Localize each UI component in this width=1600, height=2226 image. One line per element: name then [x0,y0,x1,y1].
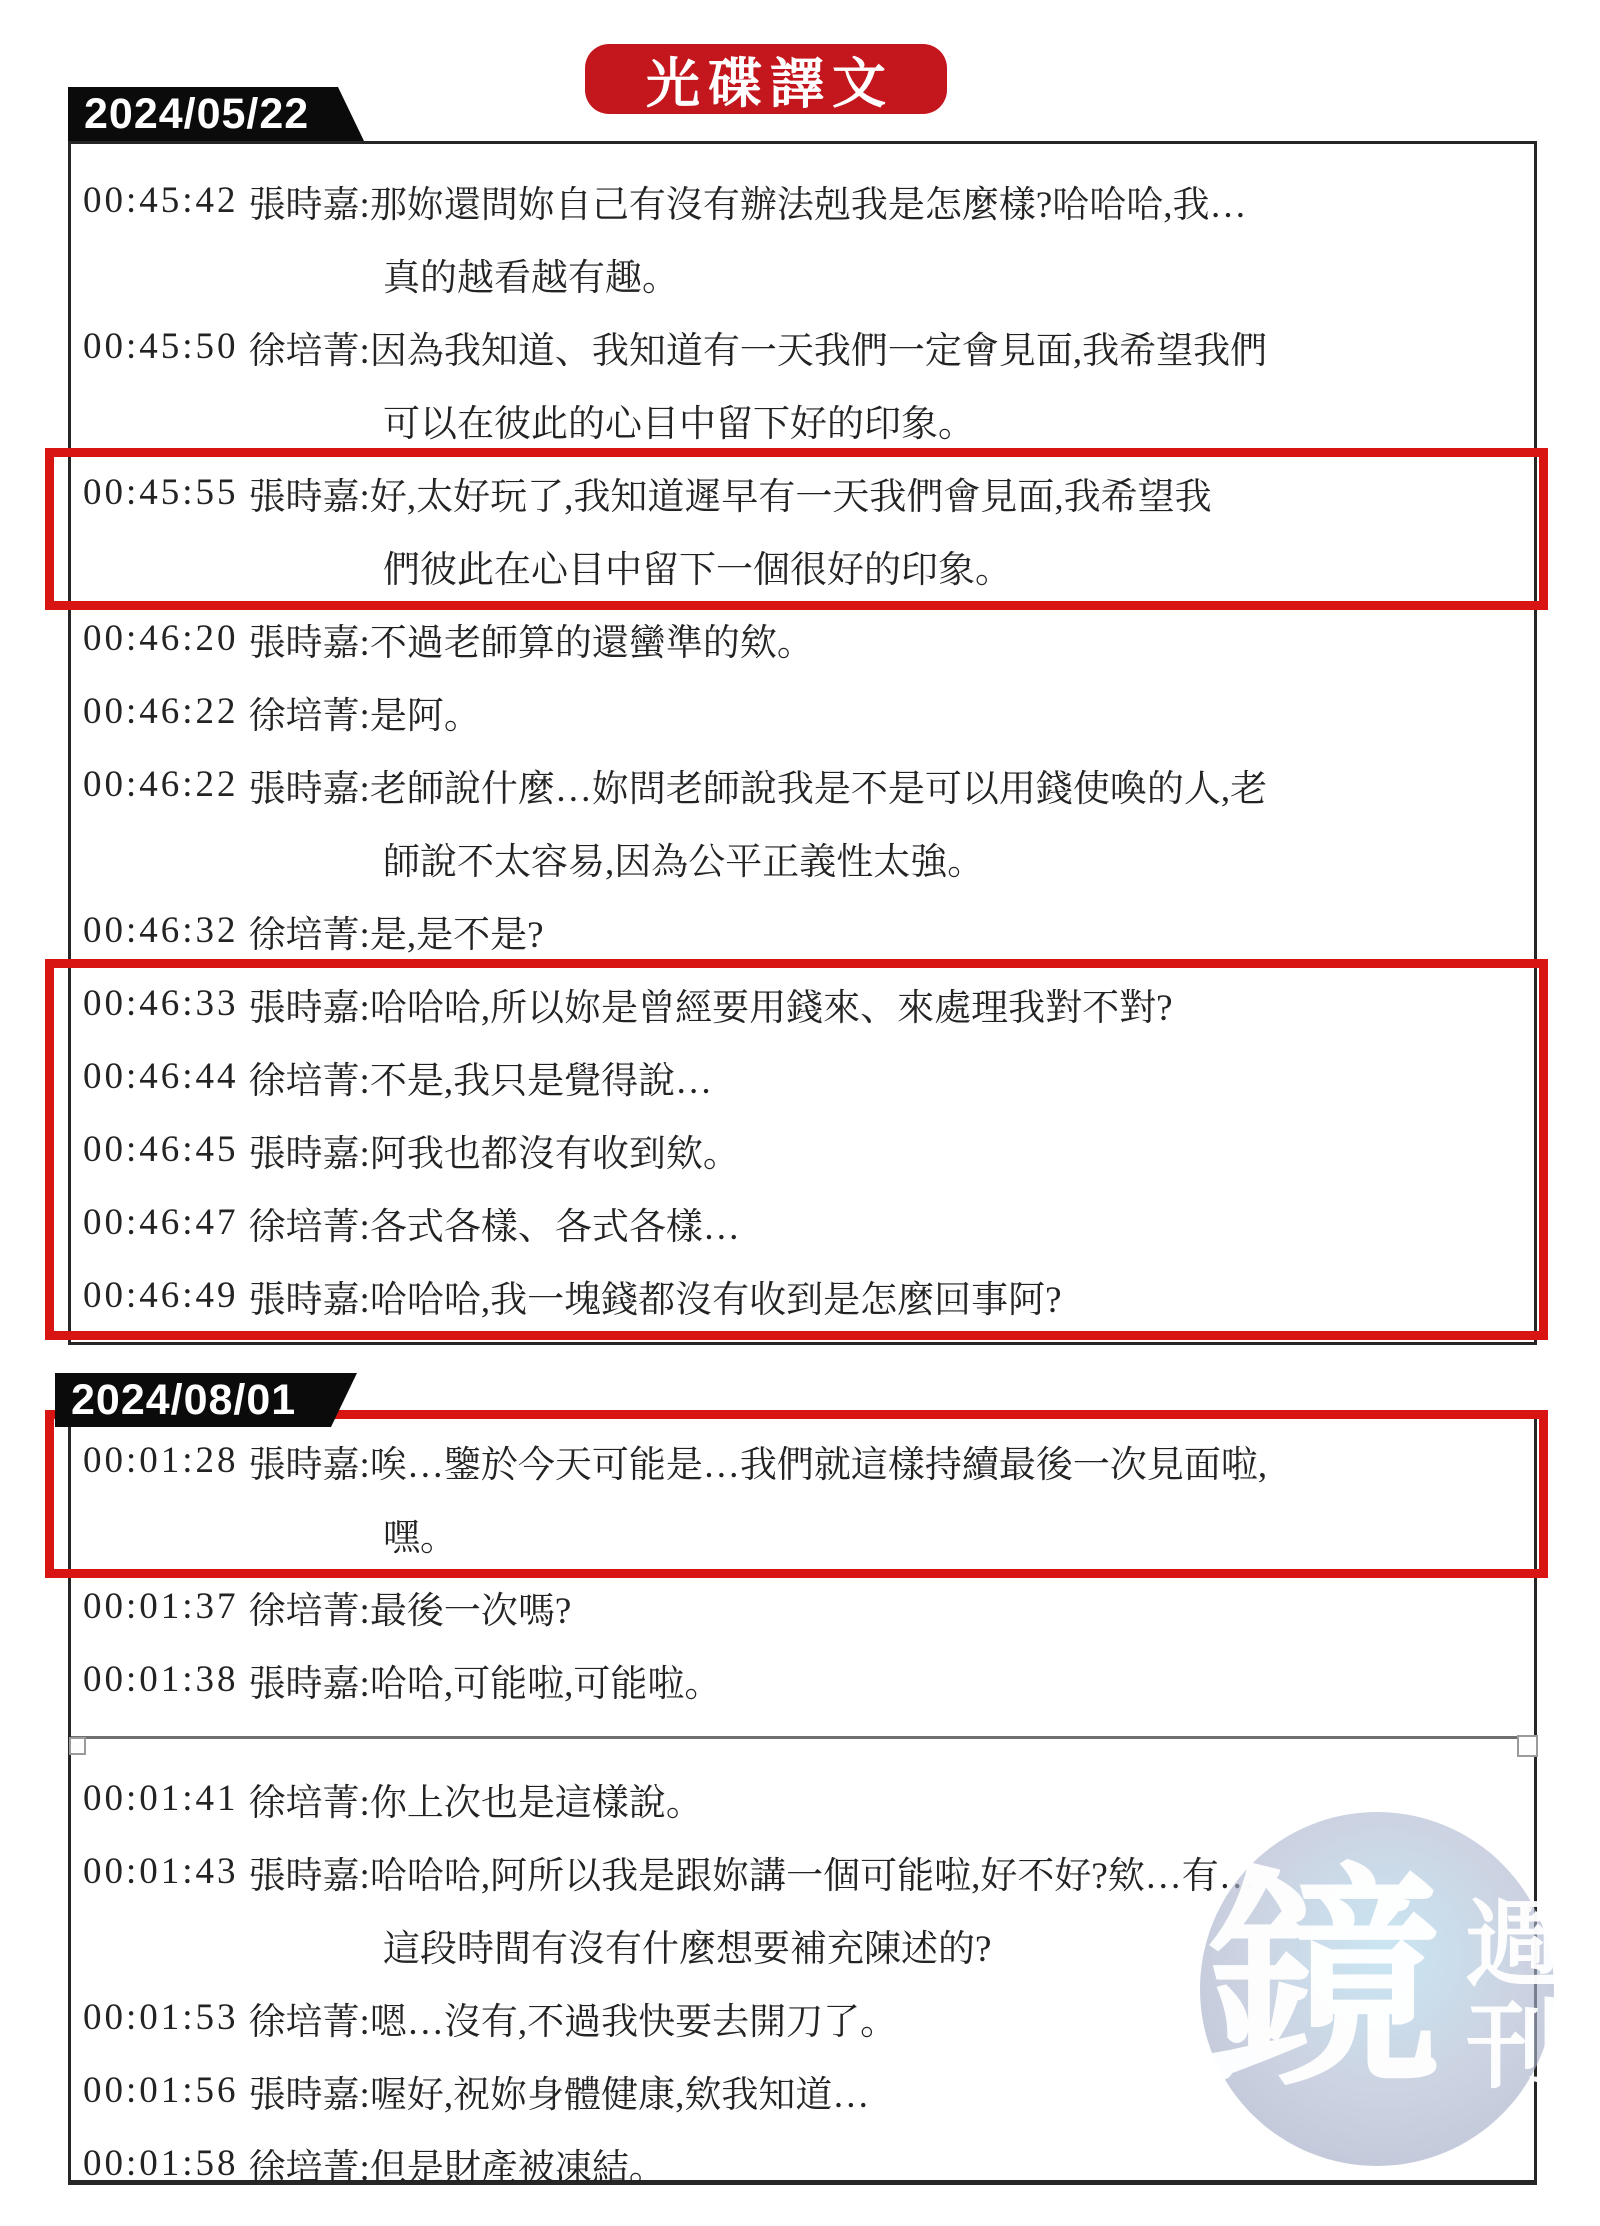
utterance-text: 各式各樣、各式各樣… [370,1196,740,1250]
utterance-text: 是阿。 [370,685,481,739]
transcript-line: 00:01:41徐培菁:你上次也是這樣說。 [83,1762,1534,1835]
timestamp: 00:46:33 [83,982,239,1025]
title-badge-label: 光碟譯文 [638,41,894,118]
speaker-name: 張時嘉: [249,758,370,812]
timestamp: 00:01:53 [83,1996,239,2039]
timestamp: 00:46:47 [83,1201,239,1244]
date-label: 2024/08/01 [71,1376,296,1425]
highlighted-block: 00:46:33張時嘉:哈哈哈,所以妳是曾經要用錢來、來處理我對不對?00:46… [83,967,1534,1332]
transcript-line: 00:46:22張時嘉:老師說什麼…妳問老師說我是不是可以用錢使喚的人,老 [83,748,1534,821]
transcript-line: 00:01:37徐培菁:最後一次嗎? [83,1570,1534,1643]
transcript-line: 00:46:44徐培菁:不是,我只是覺得說… [83,1040,1534,1113]
transcript-line: 00:46:32徐培菁:是,是不是? [83,894,1534,967]
utterance-text: 那妳還問妳自己有沒有辦法剋我是怎麼樣?哈哈哈,我… [370,174,1247,228]
transcript-line: 00:45:50徐培菁:因為我知道、我知道有一天我們一定會見面,我希望我們 [83,310,1534,383]
transcript-line: 00:01:58徐培菁:但是財產被凍結。 [83,2127,1534,2200]
timestamp: 00:46:32 [83,909,239,952]
utterance-text: 可以在彼此的心目中留下好的印象。 [383,393,975,447]
transcript-line: 00:01:43張時嘉:哈哈哈,阿所以我是跟妳講一個可能啦,好不好?欸…有… [83,1835,1534,1908]
speaker-name: 張時嘉: [249,2064,370,2118]
speaker-name: 張時嘉: [249,1269,370,1323]
utterance-text: 不過老師算的還蠻準的欸。 [370,612,814,666]
utterance-text: 唉…鑒於今天可能是…我們就這樣持續最後一次見面啦, [370,1434,1267,1488]
timestamp: 00:46:20 [83,617,239,660]
speaker-name: 徐培菁: [249,685,370,739]
timestamp: 00:01:41 [83,1777,239,1820]
utterance-text: 哈哈,可能啦,可能啦。 [370,1653,722,1707]
transcript-table: 00:45:42張時嘉:那妳還問妳自己有沒有辦法剋我是怎麼樣?哈哈哈,我…真的越… [68,141,1537,1345]
transcript-line: 00:46:45張時嘉:阿我也都沒有收到欸。 [83,1113,1534,1186]
timestamp: 00:01:56 [83,2069,239,2112]
timestamp: 00:01:58 [83,2142,239,2185]
timestamp: 00:01:43 [83,1850,239,1893]
entry-block: 00:01:37徐培菁:最後一次嗎?00:01:38張時嘉:哈哈,可能啦,可能啦… [83,1570,1534,1716]
speaker-name: 張時嘉: [249,174,370,228]
transcript-line-continuation: 師說不太容易,因為公平正義性太強。 [83,821,1534,894]
speaker-name: 張時嘉: [249,1434,370,1488]
transcript-line: 00:01:28張時嘉:唉…鑒於今天可能是…我們就這樣持續最後一次見面啦, [83,1424,1534,1497]
timestamp: 00:01:28 [83,1439,239,1482]
transcript-line-continuation: 嘿。 [83,1497,1534,1570]
speaker-name: 張時嘉: [249,1653,370,1707]
speaker-name: 徐培菁: [249,2137,370,2191]
transcript-line: 00:46:47徐培菁:各式各樣、各式各樣… [83,1186,1534,1259]
timestamp: 00:01:38 [83,1658,239,1701]
entry-block: 00:46:20張時嘉:不過老師算的還蠻準的欸。00:46:22徐培菁:是阿。0… [83,602,1534,967]
timestamp: 00:46:44 [83,1055,239,1098]
transcript-line: 00:01:56張時嘉:喔好,祝妳身體健康,欸我知道… [83,2054,1534,2127]
speaker-name: 張時嘉: [249,466,370,520]
utterance-text: 是,是不是? [370,904,544,958]
date-badge: 2024/05/22 [68,87,364,141]
transcript-line: 00:01:38張時嘉:哈哈,可能啦,可能啦。 [83,1643,1534,1716]
utterance-text: 哈哈哈,阿所以我是跟妳講一個可能啦,好不好?欸…有… [370,1845,1256,1899]
timestamp: 00:46:22 [83,763,239,806]
page-break-divider [71,1716,1534,1762]
utterance-text: 老師說什麼…妳問老師說我是不是可以用錢使喚的人,老 [370,758,1267,812]
utterance-text: 嗯…沒有,不過我快要去開刀了。 [370,1991,897,2045]
entry-block: 00:01:41徐培菁:你上次也是這樣說。00:01:43張時嘉:哈哈哈,阿所以… [83,1762,1534,2200]
transcript-line: 00:45:42張時嘉:那妳還問妳自己有沒有辦法剋我是怎麼樣?哈哈哈,我… [83,164,1534,237]
speaker-name: 徐培菁: [249,1772,370,1826]
scanned-transcript-page: 光碟譯文 2024/05/22 00:45:42張時嘉:那妳還問妳自己有沒有辦法… [0,0,1600,2226]
speaker-name: 張時嘉: [249,612,370,666]
timestamp: 00:46:49 [83,1274,239,1317]
timestamp: 00:01:37 [83,1585,239,1628]
speaker-name: 徐培菁: [249,1196,370,1250]
utterance-text: 們彼此在心目中留下一個很好的印象。 [383,539,1012,593]
entry-block: 00:45:42張時嘉:那妳還問妳自己有沒有辦法剋我是怎麼樣?哈哈哈,我…真的越… [83,164,1534,456]
transcript-line: 00:46:22徐培菁:是阿。 [83,675,1534,748]
utterance-text: 不是,我只是覺得說… [370,1050,712,1104]
highlighted-block: 00:45:55張時嘉:好,太好玩了,我知道遲早有一天我們會見面,我希望我們彼此… [83,456,1534,602]
timestamp: 00:46:45 [83,1128,239,1171]
timestamp: 00:46:22 [83,690,239,733]
utterance-text: 哈哈哈,所以妳是曾經要用錢來、來處理我對不對? [370,977,1173,1031]
date-label: 2024/05/22 [84,90,309,139]
utterance-text: 師說不太容易,因為公平正義性太強。 [383,831,984,885]
transcript-line-continuation: 可以在彼此的心目中留下好的印象。 [83,383,1534,456]
speaker-name: 徐培菁: [249,1050,370,1104]
transcript-line: 00:46:33張時嘉:哈哈哈,所以妳是曾經要用錢來、來處理我對不對? [83,967,1534,1040]
speaker-name: 徐培菁: [249,1580,370,1634]
transcript-line: 00:45:55張時嘉:好,太好玩了,我知道遲早有一天我們會見面,我希望我 [83,456,1534,529]
speaker-name: 徐培菁: [249,904,370,958]
date-badge: 2024/08/01 [55,1373,357,1427]
transcript-line-continuation: 真的越看越有趣。 [83,237,1534,310]
transcript-table: 00:01:28張時嘉:唉…鑒於今天可能是…我們就這樣持續最後一次見面啦,嘿。0… [68,1413,1537,2185]
utterance-text: 真的越看越有趣。 [383,247,679,301]
transcript-line-continuation: 們彼此在心目中留下一個很好的印象。 [83,529,1534,602]
utterance-text: 好,太好玩了,我知道遲早有一天我們會見面,我希望我 [370,466,1212,520]
transcript-line: 00:46:49張時嘉:哈哈哈,我一塊錢都沒有收到是怎麼回事阿? [83,1259,1534,1332]
utterance-text: 嘿。 [383,1507,457,1561]
transcript-line: 00:46:20張時嘉:不過老師算的還蠻準的欸。 [83,602,1534,675]
utterance-text: 阿我也都沒有收到欸。 [370,1123,740,1177]
speaker-name: 張時嘉: [249,977,370,1031]
transcript-line-continuation: 這段時間有沒有什麼想要補充陳述的? [83,1908,1534,1981]
utterance-text: 最後一次嗎? [370,1580,571,1634]
utterance-text: 喔好,祝妳身體健康,欸我知道… [370,2064,870,2118]
highlighted-block: 00:01:28張時嘉:唉…鑒於今天可能是…我們就這樣持續最後一次見面啦,嘿。 [83,1424,1534,1570]
speaker-name: 徐培菁: [249,320,370,374]
timestamp: 00:45:50 [83,325,239,368]
timestamp: 00:45:42 [83,179,239,222]
speaker-name: 徐培菁: [249,1991,370,2045]
utterance-text: 但是財產被凍結。 [370,2137,666,2191]
utterance-text: 這段時間有沒有什麼想要補充陳述的? [383,1918,991,1972]
speaker-name: 張時嘉: [249,1123,370,1177]
speaker-name: 張時嘉: [249,1845,370,1899]
timestamp: 00:45:55 [83,471,239,514]
utterance-text: 哈哈哈,我一塊錢都沒有收到是怎麼回事阿? [370,1269,1062,1323]
transcript-line: 00:01:53徐培菁:嗯…沒有,不過我快要去開刀了。 [83,1981,1534,2054]
utterance-text: 因為我知道、我知道有一天我們一定會見面,我希望我們 [370,320,1267,374]
utterance-text: 你上次也是這樣說。 [370,1772,703,1826]
title-badge: 光碟譯文 [585,44,947,114]
